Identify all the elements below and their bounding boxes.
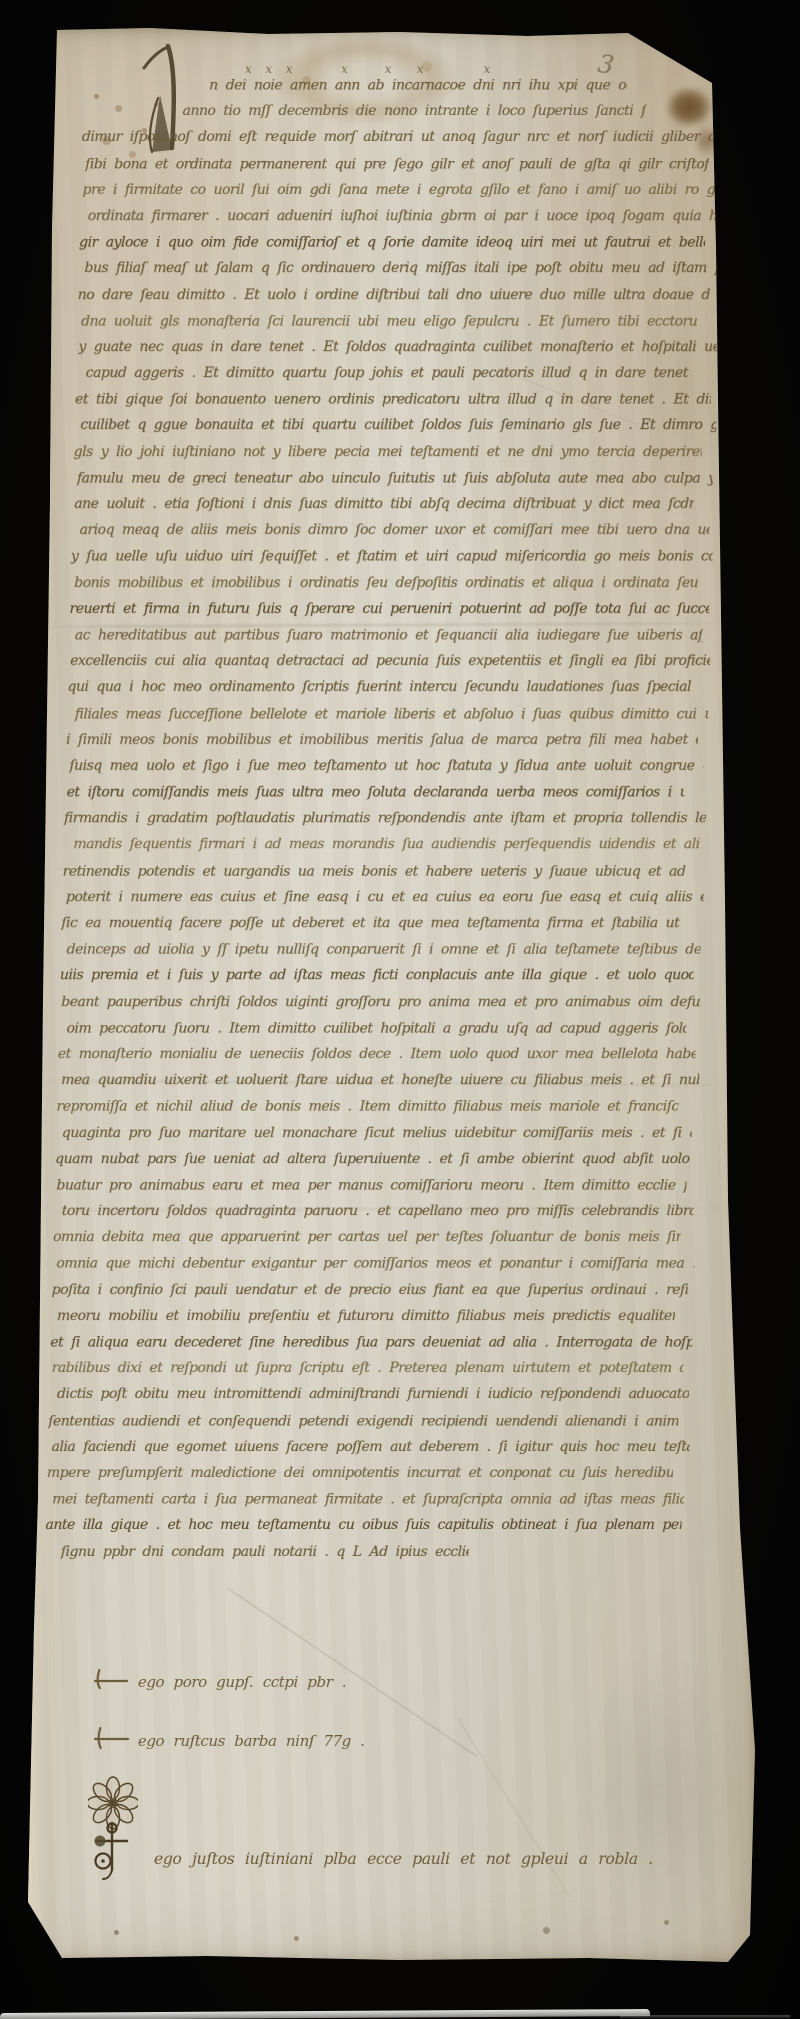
- notary-subscription: ego juſtos iuſtiniani plba ecce pauli et…: [90, 1820, 653, 1886]
- notary-subscription-text: ego juſtos iuſtiniani plba ecce pauli et…: [154, 1850, 654, 1868]
- manuscript-line: mea quamdiu uixerit et uoluerit ſtare ui…: [61, 1067, 700, 1093]
- manuscript-line: gls y lio johi iuſtiniano not y libere p…: [73, 439, 702, 465]
- manuscript-line: cuilibet q ggue bonauita et tibi quartu …: [80, 412, 717, 438]
- manuscript-line: quam nubat pars ſue ueniat ad altera ſup…: [55, 1146, 698, 1172]
- manuscript-line: et monaſterio monialiu de ueneciis ſoldo…: [57, 1041, 696, 1067]
- witness-signature-1: ego poro gupſ. cctpi pbr .: [92, 1667, 347, 1693]
- manuscript-line: bonis mobilibus et imobilibus i ordinati…: [74, 570, 701, 596]
- manuscript-line: gir ayloce i quo oim fide comiſſarioſ et…: [79, 230, 706, 256]
- manuscript-line: firmandis i gradatim poſtlaudatis plurim…: [64, 805, 707, 831]
- manuscript-line: y guate nec quas in dare tenet . Et ſold…: [78, 334, 719, 360]
- manuscript-line: et tibi gique ſoi bonauento uenero ordin…: [75, 387, 712, 413]
- scanner-edge-sliver: [0, 2009, 650, 2019]
- manuscript-line: poterit i numere eas cuius et ſine easq …: [66, 884, 705, 910]
- manuscript-line: mei teſtamenti carta i ſua permaneat fir…: [52, 1487, 685, 1513]
- manuscript-line: buatur pro animabus earu et mea per manu…: [56, 1172, 687, 1198]
- witness-signature-text: ego poro gupſ. cctpi pbr .: [138, 1673, 347, 1691]
- stain-mottling-lower-right: [584, 1656, 736, 1928]
- manuscript-line: ſuisq mea uolo et ſigo i ſue meo teſtame…: [69, 753, 704, 779]
- manuscript-line: capud aggeris . Et dimitto quartu ſoup j…: [85, 360, 696, 386]
- manuscript-line: poſita i confinio ſci pauli uendatur et …: [51, 1277, 688, 1303]
- manuscript-line: ſententias audiendi et conſequendi peten…: [48, 1408, 679, 1434]
- scanner-edge-sliver-faint: [620, 2015, 790, 2018]
- witness-cross-mark: [92, 1667, 131, 1693]
- manuscript-line: deinceps ad uiolia y ſſ ipetu nulliſq co…: [66, 937, 701, 963]
- body-text: n dei noie amen ann ab incarnacoe dni nr…: [44, 72, 727, 1565]
- manuscript-line: anno tio mſſ decembris die nono intrante…: [182, 98, 647, 124]
- notarial-sign: [90, 1820, 132, 1886]
- manuscript-line: quaginta pro ſuo maritare uel monachare …: [61, 1120, 692, 1146]
- manuscript-line: ſibi bona et ordinata permanerent qui pr…: [85, 151, 710, 177]
- manuscript-line: n dei noie amen ann ab incarnacoe dni nr…: [209, 73, 628, 99]
- manuscript-line: pre i firmitate co uoril ſui oim gdi ſan…: [82, 177, 717, 203]
- manuscript-line: ſignu ppbr dni condam pauli notarii . q …: [60, 1539, 469, 1565]
- manuscript-line: ane uoluit . etia ſoſtioni i dnis ſuas d…: [74, 491, 695, 517]
- left-fold-edge: [28, 28, 51, 1964]
- manuscript-line: ordinata firmarer . uocari adueniri iuſh…: [87, 203, 722, 229]
- manuscript-line: i ſimili meos bonis mobilibus et imobili…: [66, 727, 699, 753]
- manuscript-line: mpere preſumpſerit maledictione dei omni…: [47, 1460, 674, 1486]
- manuscript-line: repromiſſa et nichil aliud de bonis meis…: [56, 1094, 679, 1120]
- manuscript-line: dna uoluit gls monaſteria ſci laurencii …: [81, 308, 702, 334]
- manuscript-line: toru incertoru ſoldos quadraginta paruor…: [61, 1198, 694, 1224]
- manuscript-line: famulu meu de greci teneatur abo uinculo…: [77, 465, 714, 491]
- witness-signature-text: ego ruſtcus barba ninſ 77g .: [138, 1732, 365, 1750]
- manuscript-line: omnia debita mea que apparuerint per car…: [53, 1224, 682, 1250]
- manuscript-line: beant pauperibus chriſti ſoldos uiginti …: [61, 989, 702, 1015]
- manuscript-line: omnia que michi debentur exigantur per c…: [56, 1251, 695, 1277]
- manuscript-line: oim peccatoru ſuoru . Item dimitto cuili…: [66, 1015, 687, 1041]
- witness-signature-2: ego ruſtcus barba ninſ 77g .: [92, 1726, 366, 1752]
- manuscript-line: reuerti et firma in futuru ſuis q ſperar…: [69, 596, 710, 622]
- manuscript-line: uiis premia et i ſuis y parte ad iſtas m…: [60, 962, 695, 988]
- manuscript-line: rabilibus dixi et reſpondi ut ſupra ſcri…: [51, 1355, 684, 1381]
- manuscript-line: et ſi aliqua earu decederet ſine heredib…: [50, 1330, 693, 1356]
- manuscript-line: bus filiaſ meaſ ut ſalam q ſic ordinauer…: [84, 255, 719, 281]
- manuscript-line: ſic ea mouentiq facere poſſe ut deberet …: [61, 910, 688, 936]
- manuscript-line: retinendis potendis et uargandis ua meis…: [62, 858, 693, 884]
- manuscript-line: ac hereditatibus aut partibus ſuaro matr…: [74, 622, 703, 648]
- manuscript-line: dictis poſt obitu meu intromittendi admi…: [57, 1381, 690, 1407]
- manuscript-line: dimur iſporanoſ domi eſt requide morſ ab…: [81, 124, 720, 150]
- manuscript-line: qui qua i hoc meo ordinamento ſcriptis f…: [67, 674, 692, 700]
- manuscript-line: arioq meaq de aliis meis bonis dimro ſoc…: [79, 517, 710, 543]
- manuscript-line: et iſtoru comiſſandis meis ſuas ultra me…: [66, 780, 685, 806]
- manuscript-line: excellenciis cui alia quantaq detractaci…: [70, 648, 711, 674]
- manuscript-line: ante illa gique . et hoc meu teſtamentu …: [45, 1512, 682, 1538]
- parchment-sheet: x x x x x x x 3 n dei noie amen ann ab i…: [28, 28, 758, 1964]
- manuscript-line: meoru mobiliu et imobiliu preſentiu et f…: [57, 1303, 676, 1329]
- manuscript-line: y ſua uelle uſu uiduo uiri ſequiſſet . e…: [71, 544, 714, 570]
- manuscript-line: mandis ſequentis firmari i ad meas moran…: [73, 831, 700, 857]
- witness-cross-mark: [92, 1726, 131, 1752]
- manuscript-line: filiales meas ſucceſſione bellelote et m…: [74, 701, 709, 727]
- photo-background: x x x x x x x 3 n dei noie amen ann ab i…: [0, 0, 800, 2019]
- manuscript-line: alia faciendi que egomet uiuens facere p…: [51, 1434, 690, 1460]
- manuscript-line: no dare ſeau dimitto . Et uolo i ordine …: [77, 282, 710, 308]
